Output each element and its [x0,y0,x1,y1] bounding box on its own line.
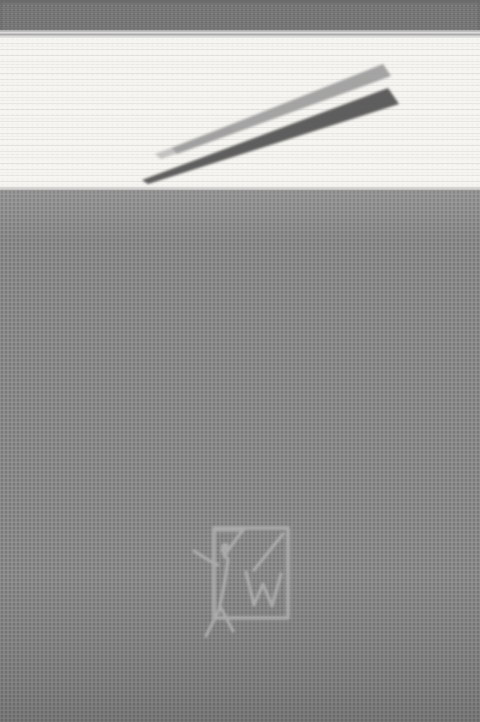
header-white-band [0,37,480,190]
cover-body [0,190,480,722]
separator-line [0,30,480,37]
top-band [0,0,480,30]
scan-top-edge [0,0,480,3]
book-cover-scan [0,0,480,722]
